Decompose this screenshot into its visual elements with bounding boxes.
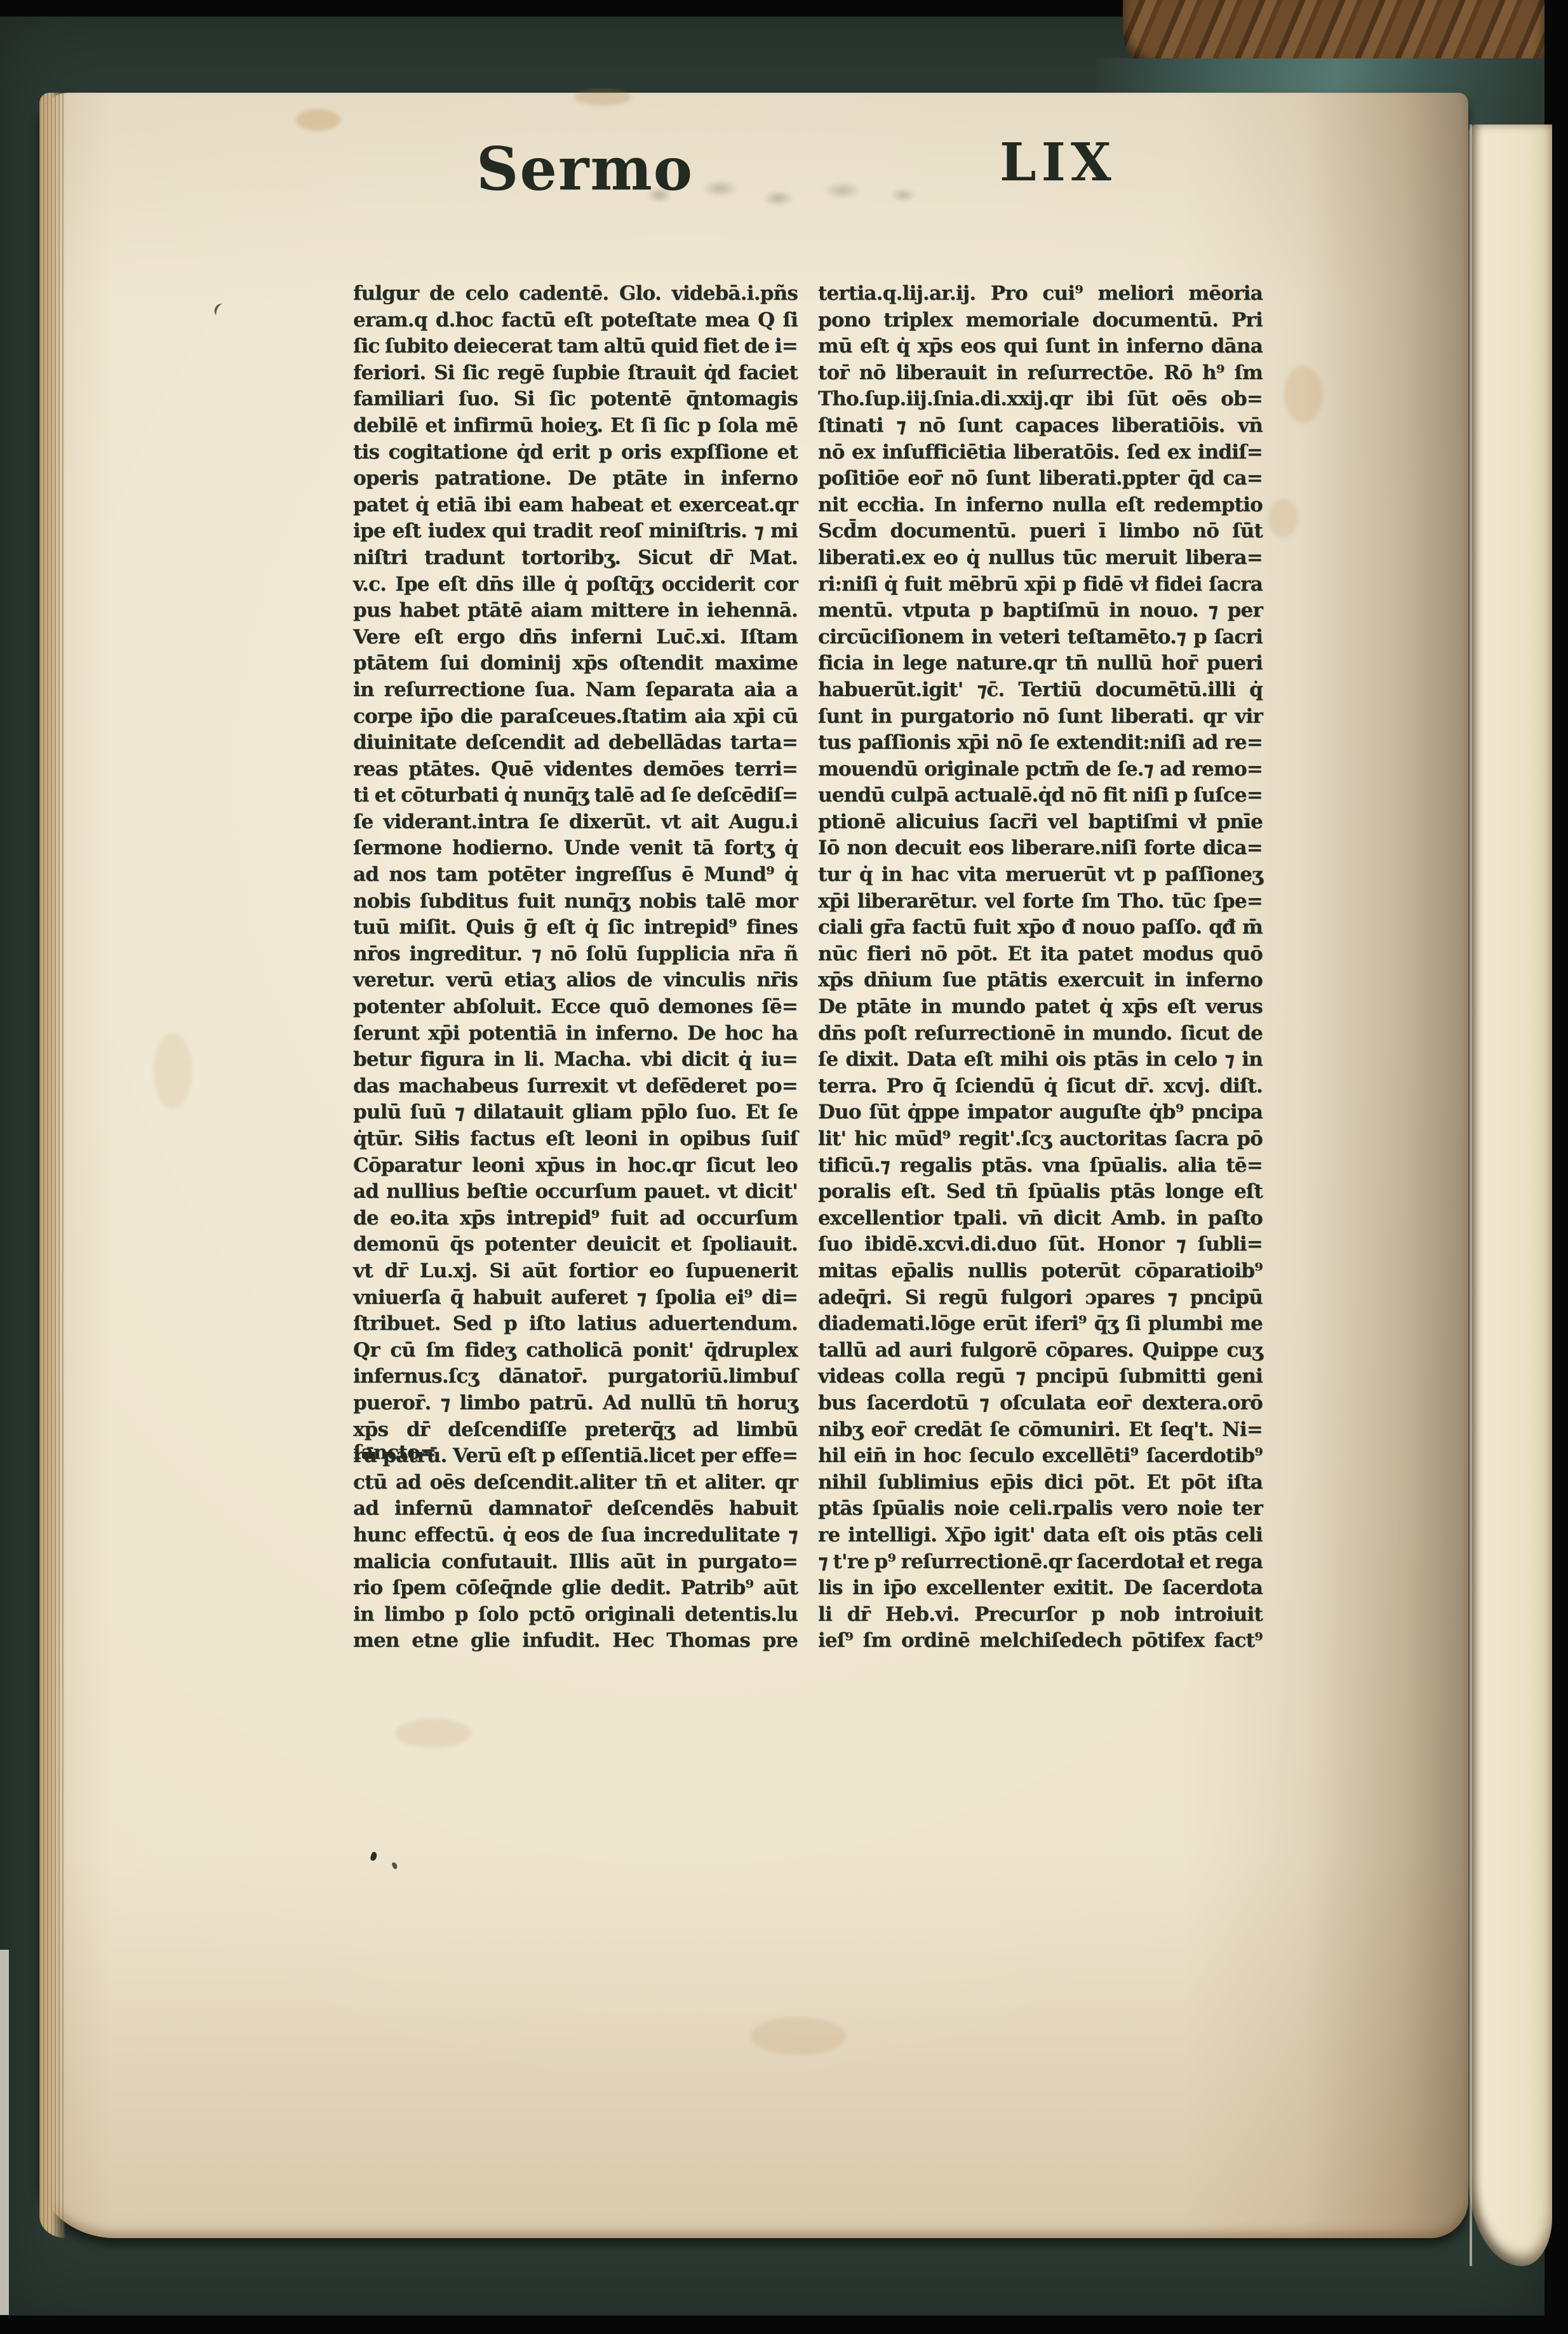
text-line: debilē et infirmū hoieʒ. Et ſi ſic p ſol… (353, 414, 798, 441)
text-line: tallū ad auri fulgorē cōpares. Quippe cu… (818, 1339, 1263, 1365)
text-line: ciali gr̄a factū fuit xp̄o đ nouo paſſo.… (818, 916, 1263, 942)
text-line: ſermone hodierno. Unde venit tā fortʒ q̇ (353, 836, 798, 863)
text-line: xp̄s dn̄ium ſue ptātis exercuit in infer… (818, 969, 1263, 995)
text-line: mū eſt q̇ xp̄s eos qui ſunt in inferno d… (818, 335, 1263, 361)
ink-offset-ghost (635, 159, 940, 225)
text-line: veretur. verū etiaʒ alios de vinculis nr… (353, 969, 798, 995)
scan-canvas: Sermo LIX fulgur de celo cadentē. Glo. v… (0, 0, 1568, 2334)
text-line: das machabeus ſurrexit vt defēderet po= (353, 1075, 798, 1101)
page-crease-highlight (1470, 124, 1472, 2266)
text-line: mitas ep̄alis nullis poterūt cōparatioib… (818, 1259, 1263, 1286)
text-line: q̇tūr. Siłis factus eſt leoni in opibus … (353, 1127, 798, 1154)
text-line: ſuo ibidē.xcvi.di.duo ſūt. Honor ⁊ ſubli… (818, 1233, 1263, 1259)
text-line: ad nos tam potēter ingreſſus ē Mund⁹ q̇ (353, 863, 798, 890)
text-line: circūciſionem in veteri teſtamēto.⁊ p ſa… (818, 626, 1263, 652)
text-line: nibʒ eor̄ credāt ſe cōmuniri. Et ſeq't. … (818, 1418, 1263, 1445)
text-line: tur q̇ in hac vita meruerūt vt p paſſion… (818, 863, 1263, 890)
text-line: excellentior tpali. vn̄ dicit Amb. in pa… (818, 1207, 1263, 1233)
text-line: terra. Pro q̄ ſciendū q̇ ſicut dr̄. xcvj… (818, 1075, 1263, 1101)
ink-speck (391, 1861, 398, 1870)
text-line: lis in ip̄o excellenter exitit. De ſacer… (818, 1576, 1263, 1603)
fore-edge-pages-right (1468, 124, 1552, 2266)
text-line: potenter abſoluit. Ecce quō demones ſē= (353, 995, 798, 1022)
text-line: hil ein̄ in hoc ſeculo excellēti⁹ ſacerd… (818, 1444, 1263, 1471)
text-line: mentū. vtputa p baptiſmū in nouo. ⁊ per (818, 599, 1263, 626)
foxing-spot (751, 2017, 846, 2055)
text-line: tertia.q.lij.ar.ij. Pro cui⁹ meliori mēo… (818, 282, 1263, 309)
text-line: ficia in lege nature.qr tn̄ nullū hor̄ p… (818, 652, 1263, 678)
text-line: Qr cū ſm fideʒ catholicā ponit' q̄druple… (353, 1339, 798, 1365)
text-line: mouendū originale pctm̄ de ſe.⁊ ad remo= (818, 758, 1263, 784)
foxing-spot (296, 109, 340, 131)
text-line: men etne glie infudit. Hec Thomas pre (353, 1629, 798, 1656)
text-line: Duo ſūt q̇ppe impator auguſte q̇b⁹ pncip… (818, 1101, 1263, 1127)
text-line: betur figura in li. Macha. vbi dicit q̇ … (353, 1048, 798, 1075)
text-line: pueror̄. ⁊ limbo patrū. Ad nullū tn̄ hor… (353, 1392, 798, 1418)
text-line: pulū ſuū ⁊ dilatauit gliam pp̄lo ſuo. Et… (353, 1101, 798, 1127)
text-line: rū patrū. Verū eſt p eſſentiā.licet per … (353, 1444, 798, 1471)
text-line: malicia confutauit. Illis aūt in purgato… (353, 1550, 798, 1577)
text-line: vniuerſa q̄ habuit auferet ⁊ ſpolia ei⁹ … (353, 1286, 798, 1313)
text-line: tis cogitatione q̇d erit p oris expſſion… (353, 441, 798, 467)
text-line: nobis ſubditus fuit nunq̄ʒ nobis talē mo… (353, 890, 798, 916)
text-line: hunc effectū. q̇ eos de ſua incredulitat… (353, 1524, 798, 1550)
text-line: xp̄i liberarētur. vel forte ſm Tho. tūc … (818, 890, 1263, 916)
text-line: xp̄s dr̄ deſcendiſſe preterq̄ʒ ad limbū … (353, 1418, 798, 1445)
text-line: habuerūt.igit' ⁊c̄. Tertiū documētū.illi… (818, 678, 1263, 705)
text-line: ptātem ſui dominij xp̄s oſtendit maxime (353, 652, 798, 678)
foxing-spot (574, 89, 631, 105)
text-line: pono triplex memoriale documentū. Pri (818, 309, 1263, 335)
text-line: infernus.ſcʒ dānator̄. purgatoriū.limbuſ (353, 1365, 798, 1392)
text-line: ri:niſi q̇ fuit mēbrū xp̄i p fidē vł fid… (818, 573, 1263, 600)
text-line: ⁊ t're p⁹ reſurrectionē.qr ſacerdotał et… (818, 1550, 1263, 1577)
text-line: ptās ſpūalis noie celi.rpalis vero noie … (818, 1497, 1263, 1524)
text-line: ieſ⁹ ſm ordinē melchiſedech pōtifex fact… (818, 1629, 1263, 1656)
text-line: Tho.ſup.iij.ſnia.di.xxij.qr ibi ſūt oēs … (818, 387, 1263, 414)
page-edges-left (39, 93, 66, 2238)
text-line: ctū ad oēs deſcendit.aliter tn̄ et alite… (353, 1471, 798, 1498)
text-line: nit eccłia. In inferno nulla eſt redempt… (818, 493, 1263, 520)
text-line: ti et cōturbati q̇ nunq̄ʒ talē ad ſe deſ… (353, 784, 798, 810)
text-line: poralis eſt. Sed tn̄ ſpūalis ptās longe … (818, 1180, 1263, 1207)
text-line: poſitiōe eor̄ nō ſunt liberati.ppter q̄d… (818, 467, 1263, 493)
text-line: feriori. Si ſic regē ſupbie ſtrauit q̇d … (353, 361, 798, 388)
text-line: de eo.ita xp̄s intrepid⁹ fuit ad occurſu… (353, 1207, 798, 1233)
text-line: rio ſpem cōſeq̄nde glie dedit. Patrib⁹ a… (353, 1576, 798, 1603)
text-line: ſe dixit. Data eſt mihi ois ptās in celo… (818, 1048, 1263, 1075)
foxing-spot (1268, 499, 1297, 537)
text-line: De ptāte in mundo patet q̇ xp̄s eſt veru… (818, 995, 1263, 1022)
text-line: lit' hic mūd⁹ regit'.ſcʒ auctoritas ſacr… (818, 1127, 1263, 1154)
text-line: reas ptātes. Quē videntes demōes terri= (353, 758, 798, 784)
text-line: in limbo p ſolo pctō originali detentis.… (353, 1603, 798, 1630)
text-line: diademati.lōge erūt iferi⁹ q̄ʒ ſi plumbi… (818, 1312, 1263, 1339)
gutter-shadow (1303, 93, 1468, 2238)
text-line: re intelligi. Xp̄o igit' data eſt ois pt… (818, 1524, 1263, 1550)
text-line: bus ſacerdotū ⁊ oſculata eor̄ dextera.or… (818, 1392, 1263, 1418)
text-line: nūc fieri nō pōt. Et ita patet modus quō (818, 942, 1263, 969)
text-line: operis patratione. De ptāte in inferno (353, 467, 798, 493)
text-line: pus habet ptātē aiam mittere in iehennā. (353, 599, 798, 626)
text-line: niſtri tradunt tortoribʒ. Sicut dr̄ Mat. (353, 546, 798, 573)
text-line: nihil ſublimius ep̄is dici pōt. Et pōt i… (818, 1471, 1263, 1498)
book-page: Sermo LIX fulgur de celo cadentē. Glo. v… (39, 93, 1468, 2238)
folio-number: LIX (1000, 132, 1116, 193)
ink-speck (370, 1851, 378, 1861)
text-line: Cōparatur leoni xp̄us in hoc.qr ſicut le… (353, 1154, 798, 1181)
text-line: ptionē alicuius ſacr̄i vel baptiſmi vł p… (818, 810, 1263, 837)
scanner-edge-sliver (0, 1950, 9, 2315)
text-line: ad nullius beſtie occurſum pauet. vt dic… (353, 1180, 798, 1207)
text-line: Iō non decuit eos liberare.niſi forte di… (818, 836, 1263, 863)
text-line: v.c. Ipe eſt dn̄s ille q̇ poſtq̄ʒ occide… (353, 573, 798, 600)
text-line: ſe viderant.intra ſe dixerūt. vt ait Aug… (353, 810, 798, 837)
text-line: nr̄os ingreditur. ⁊ nō ſolū ſupplicia nr… (353, 942, 798, 969)
text-line: ſtinati ⁊ nō ſunt capaces liberatiōis. v… (818, 414, 1263, 441)
margin-pen-mark (212, 302, 227, 318)
foxing-spot (154, 1033, 192, 1109)
text-line: ſerunt xp̄i potentiā in inferno. De hoc … (353, 1022, 798, 1049)
text-line: eram.q d.hoc factū eſt poteſtate mea Q ſ… (353, 309, 798, 335)
text-line: ſunt in purgatorio nō ſunt liberati. qr … (818, 705, 1263, 732)
text-line: liberati.ex eo q̇ nullus tūc meruit libe… (818, 546, 1263, 573)
text-line: vt dr̄ Lu.xj. Si aūt fortior eo ſupuener… (353, 1259, 798, 1286)
text-line: adeq̄ri. Si regū fulgori ɔpares ⁊ pncipū (818, 1286, 1263, 1313)
text-line: tus paſſionis xp̄i nō ſe extendit:niſi a… (818, 731, 1263, 758)
text-line: ſtribuet. Sed p iſto latius aduertendum. (353, 1312, 798, 1339)
text-line: tor̄ nō liberauit in reſurrectōe. Rō h⁹ … (818, 361, 1263, 388)
text-line: fulgur de celo cadentē. Glo. videbā.i.pñ… (353, 282, 798, 309)
text-line: patet q̇ etiā ibi eam habeat et exerceat… (353, 493, 798, 520)
text-line: diuinitate deſcendit ad debellādas tarta… (353, 731, 798, 758)
text-line: in reſurrectione ſua. Nam ſeparata aia a (353, 678, 798, 705)
text-column-left: fulgur de celo cadentē. Glo. videbā.i.pñ… (353, 282, 798, 1656)
text-line: familiari ſuo. Si ſic potentē q̄ntomagis (353, 387, 798, 414)
text-line: corpe ip̄o die paraſceues.ſtatim aia xp̄… (353, 705, 798, 732)
text-line: ipe eſt iudex qui tradit reoſ miniſtris.… (353, 520, 798, 546)
foxing-spot (395, 1719, 471, 1748)
text-line: ſic ſubito deiecerat tam altū quid fiet … (353, 335, 798, 361)
text-line: demonū q̄s potenter deuicit et ſpoliauit… (353, 1233, 798, 1259)
text-line: uendū culpā actualē.q̇d nō fit niſi p ſu… (818, 784, 1263, 810)
text-line: tuū miſit. Quis ḡ eſt q̇ ſic intrepid⁹ f… (353, 916, 798, 942)
text-line: dn̄s poſt reſurrectionē in mundo. ſicut … (818, 1022, 1263, 1049)
text-line: Scd̄m documentū. pueri ī limbo nō ſūt (818, 520, 1263, 546)
text-line: videas colla regū ⁊ pncipū ſubmitti geni (818, 1365, 1263, 1392)
text-line: nō ex inſufficiētia liberatōis. ſed ex i… (818, 441, 1263, 467)
text-line: ad infernū damnator̄ deſcendēs habuit (353, 1497, 798, 1524)
text-line: Vere eſt ergo dn̄s inferni Luc̄.xi. Iſta… (353, 626, 798, 652)
text-line: tificū.⁊ regalis ptās. vna ſpūalis. alia… (818, 1154, 1263, 1181)
text-line: li dr̄ Heb.vi. Precurſor p nob introiuit (818, 1603, 1263, 1630)
foxing-spot (1284, 366, 1322, 423)
text-column-right: tertia.q.lij.ar.ij. Pro cui⁹ meliori mēo… (818, 282, 1263, 1656)
